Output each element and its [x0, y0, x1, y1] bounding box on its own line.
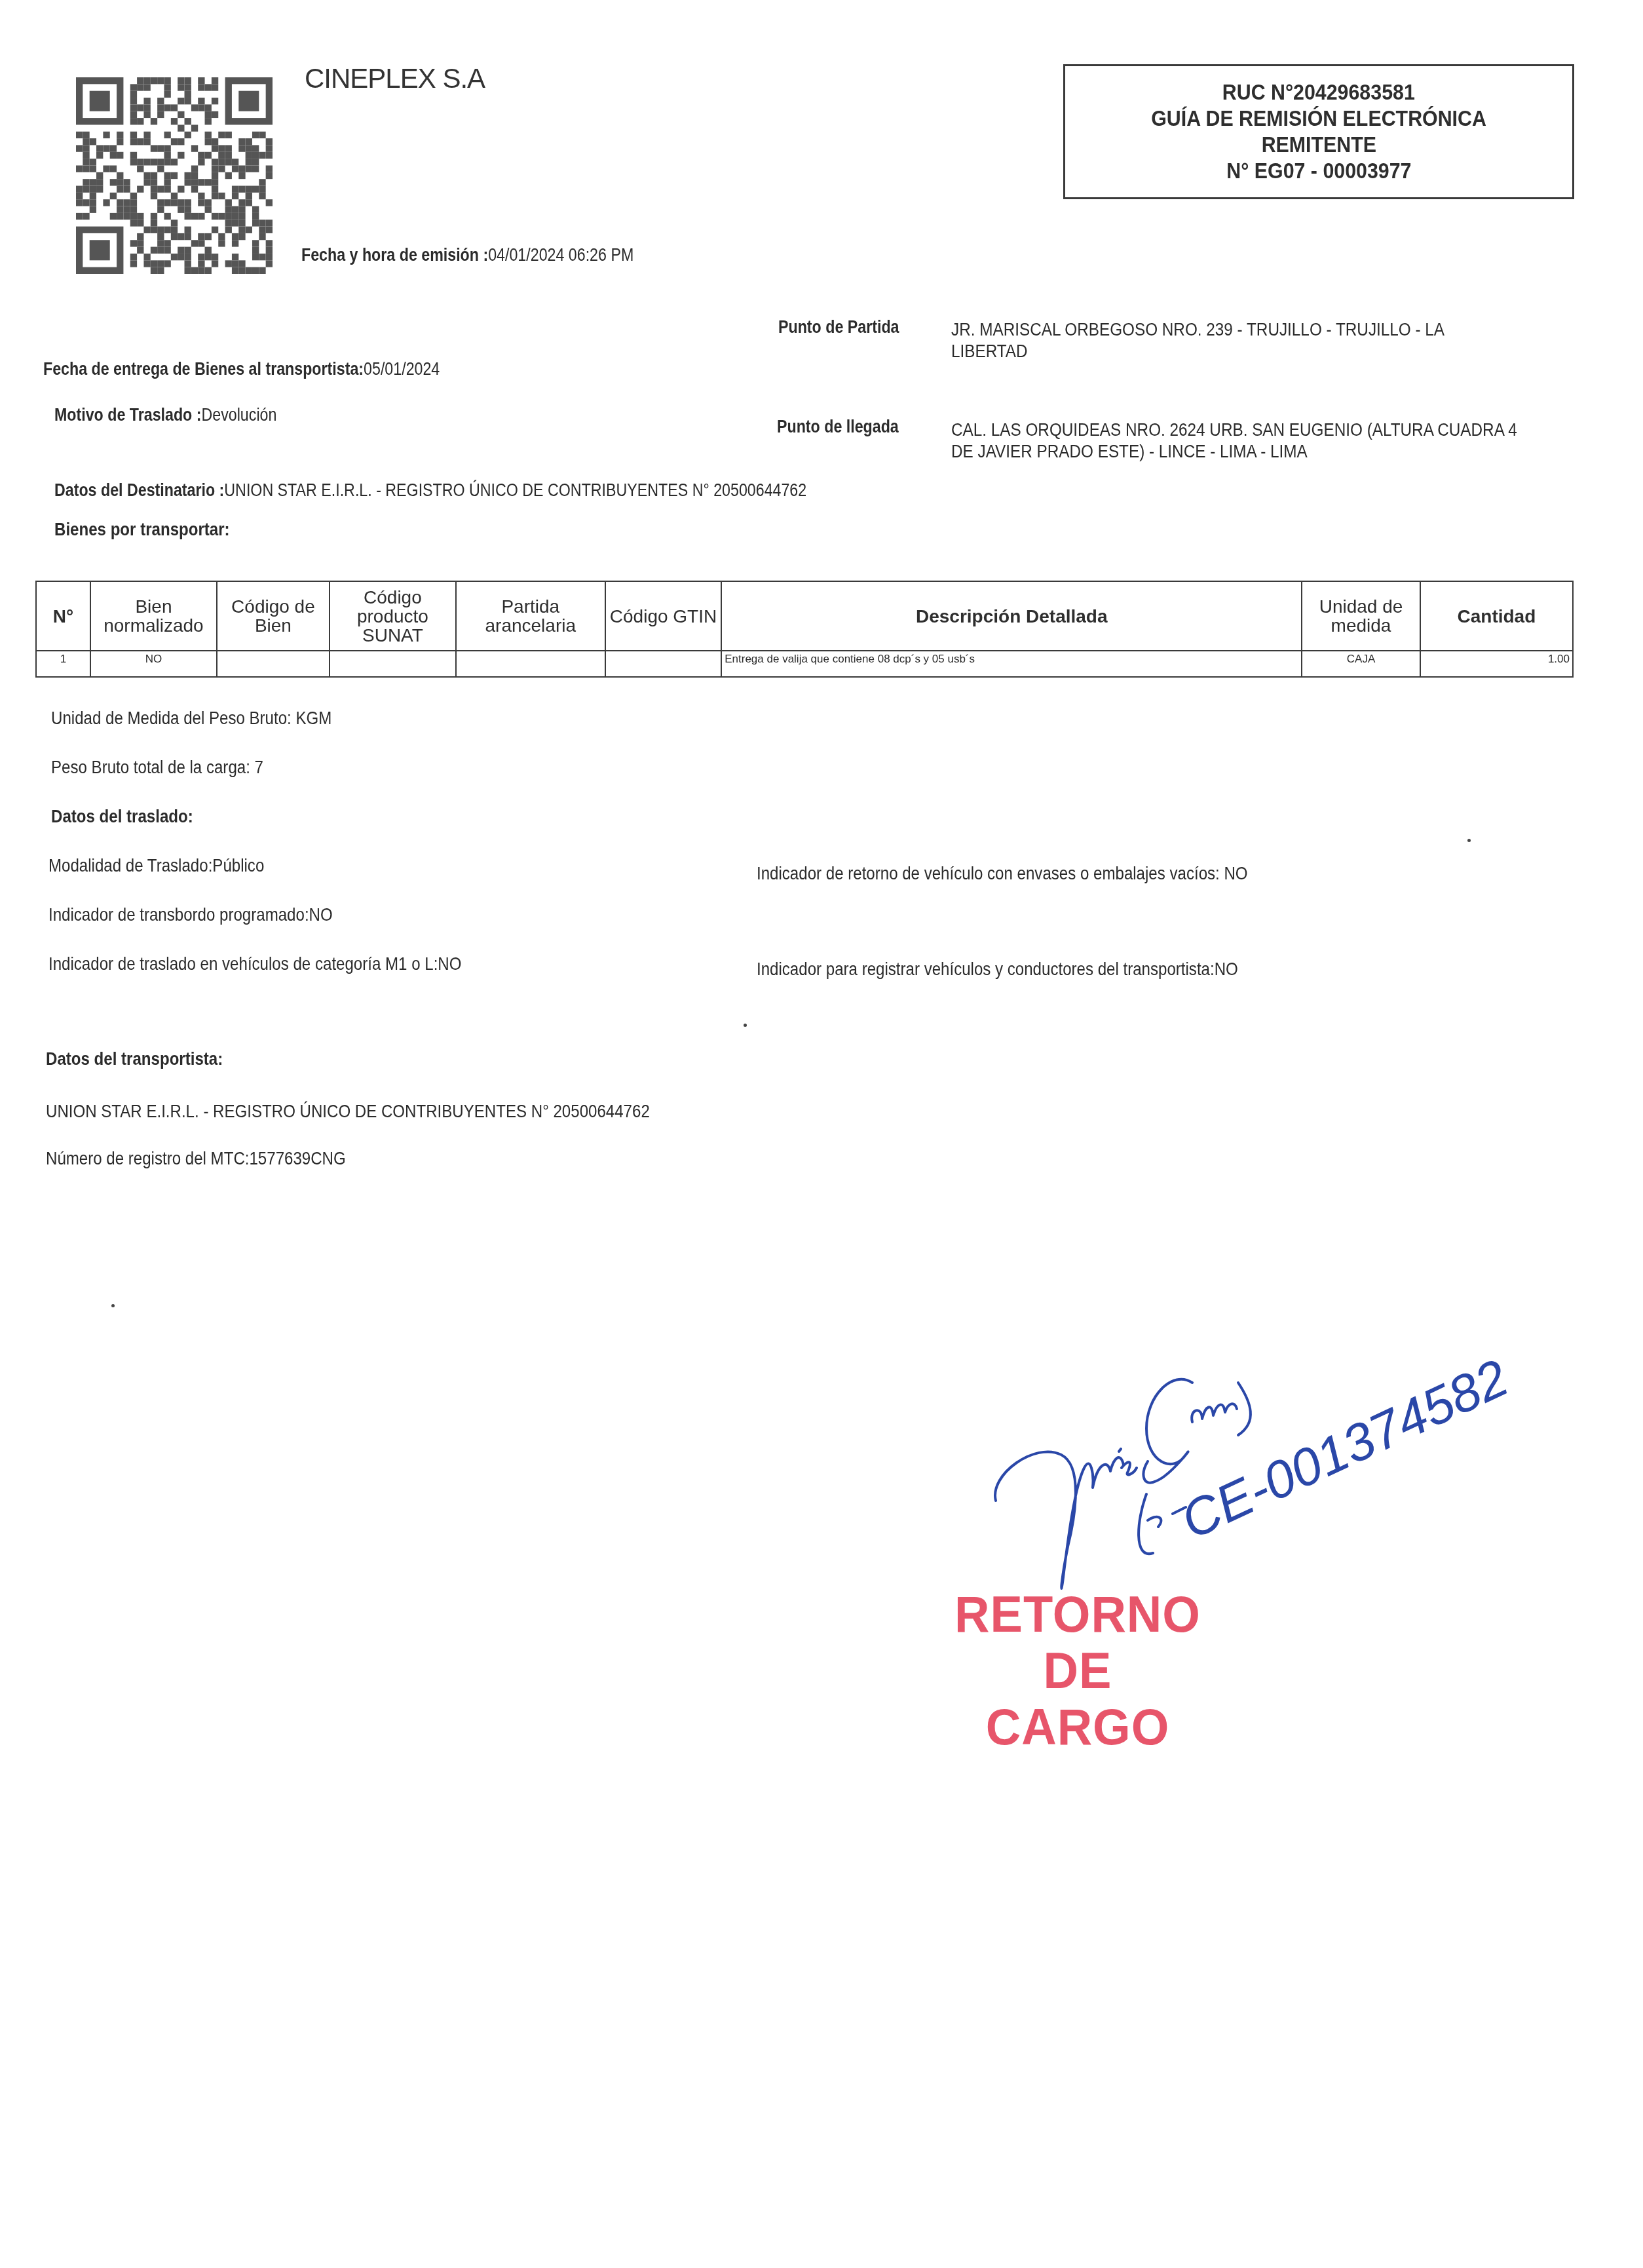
carrier-name: UNION STAR E.I.R.L. - REGISTRO ÚNICO DE … [46, 1101, 650, 1122]
table-cell: CAJA [1302, 651, 1420, 677]
table-cell: 1 [36, 651, 90, 677]
transfer-reason: Motivo de Traslado :Devolución [54, 405, 276, 425]
table-cell [605, 651, 721, 677]
column-header: Partida arancelaria [456, 581, 605, 651]
goods-heading: Bienes por transportar: [54, 519, 230, 540]
column-header: Bien normalizado [90, 581, 217, 651]
transshipment-indicator: Indicador de transbordo programado:NO [48, 904, 333, 925]
table-cell [217, 651, 330, 677]
recipient-data: Datos del Destinatario :UNION STAR E.I.R… [54, 480, 806, 501]
transfer-reason-value: Devolución [202, 405, 277, 425]
qr-code-icon [76, 77, 273, 274]
delivery-date: Fecha de entrega de Bienes al transporti… [43, 359, 440, 379]
company-name: CINEPLEX S.A [305, 63, 485, 94]
recipient-label: Datos del Destinatario : [54, 480, 224, 500]
ruc-document-box: RUC N°20429683581 GUÍA DE REMISIÓN ELECT… [1063, 64, 1574, 199]
scan-speck [111, 1304, 115, 1307]
column-header: Descripción Detallada [721, 581, 1302, 651]
emission-value: 04/01/2024 06:26 PM [488, 245, 633, 265]
origin-label: Punto de Partida [778, 317, 899, 337]
transfer-heading: Datos del traslado: [51, 806, 193, 827]
destination-address: CAL. LAS ORQUIDEAS NRO. 2624 URB. SAN EU… [951, 419, 1517, 463]
table-row: 1NOEntrega de valija que contiene 08 dcp… [36, 651, 1573, 677]
stamp-line-1: RETORNO DE [922, 1586, 1234, 1699]
weight-unit: Unidad de Medida del Peso Bruto: KGM [51, 708, 331, 729]
recipient-value: UNION STAR E.I.R.L. - REGISTRO ÚNICO DE … [224, 480, 806, 500]
table-cell [456, 651, 605, 677]
column-header: Código de Bien [217, 581, 330, 651]
emission-label: Fecha y hora de emisión : [301, 245, 488, 265]
transfer-modality: Modalidad de Traslado:Público [48, 855, 264, 876]
table-header-row: N°Bien normalizadoCódigo de BienCódigo p… [36, 581, 1573, 651]
scan-speck [1467, 839, 1471, 842]
delivery-date-label: Fecha de entrega de Bienes al transporti… [43, 359, 364, 379]
document-type: GUÍA DE REMISIÓN ELECTRÓNICA [1151, 106, 1486, 132]
delivery-date-value: 05/01/2024 [364, 359, 440, 379]
document-subtype: REMITENTE [1261, 132, 1376, 158]
ruc-number: RUC N°20429683581 [1222, 79, 1415, 106]
mtc-registry: Número de registro del MTC:1577639CNG [46, 1148, 346, 1169]
document-number: N° EG07 - 00003977 [1226, 158, 1411, 184]
table-cell: NO [90, 651, 217, 677]
return-indicator: Indicador de retorno de vehículo con env… [757, 863, 1248, 884]
destination-label: Punto de llegada [777, 417, 899, 437]
column-header: N° [36, 581, 90, 651]
transfer-reason-label: Motivo de Traslado : [54, 405, 202, 425]
handwritten-id: CE-001374582 [1173, 1348, 1517, 1550]
column-header: Cantidad [1420, 581, 1573, 651]
return-stamp: RETORNO DE CARGO [914, 1586, 1241, 1755]
table-cell: 1.00 [1420, 651, 1573, 677]
column-header: Código GTIN [605, 581, 721, 651]
column-header: Unidad de medida [1302, 581, 1420, 651]
table-cell: Entrega de valija que contiene 08 dcp´s … [721, 651, 1302, 677]
gross-weight: Peso Bruto total de la carga: 7 [51, 757, 263, 778]
column-header: Código producto SUNAT [330, 581, 456, 651]
register-indicator: Indicador para registrar vehículos y con… [757, 959, 1238, 980]
stamp-line-2: CARGO [922, 1699, 1234, 1755]
carrier-heading: Datos del transportista: [46, 1048, 223, 1069]
goods-table: N°Bien normalizadoCódigo de BienCódigo p… [35, 581, 1574, 678]
emission-datetime: Fecha y hora de emisión :04/01/2024 06:2… [301, 245, 633, 265]
table-cell [330, 651, 456, 677]
scan-speck [744, 1024, 747, 1027]
m1-category-indicator: Indicador de traslado en vehículos de ca… [48, 953, 461, 974]
origin-address: JR. MARISCAL ORBEGOSO NRO. 239 - TRUJILL… [951, 319, 1517, 362]
